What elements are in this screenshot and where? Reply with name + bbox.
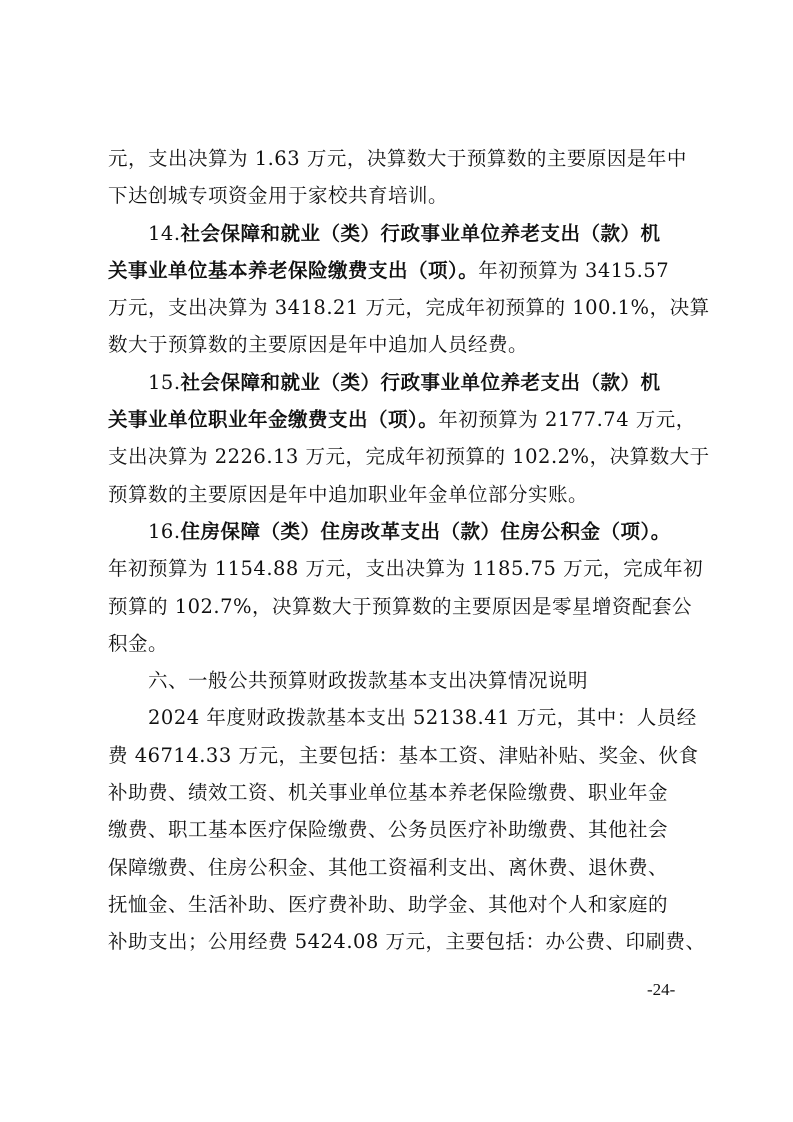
text-line: 预算的 102.7%，决算数大于预算数的主要原因是零星增资配套公	[108, 588, 688, 625]
item-title-cont: 关事业单位职业年金缴费支出（项）。	[108, 408, 438, 431]
text-line: 支出决算为 2226.13 万元，完成年初预算的 102.2%，决算数大于	[108, 438, 688, 475]
item-number: 15.	[148, 371, 181, 394]
text-line: 抚恤金、生活补助、医疗费补助、助学金、其他对个人和家庭的	[108, 886, 688, 923]
text-line: 补助支出；公用经费 5424.08 万元，主要包括：办公费、印刷费、	[108, 923, 688, 960]
text-line: 保障缴费、住房公积金、其他工资福利支出、离休费、退休费、	[108, 849, 688, 886]
item-title: 住房保障（类）住房改革支出（款）住房公积金（项）。	[181, 520, 671, 543]
document-page: 元，支出决算为 1.63 万元，决算数大于预算数的主要原因是年中 下达创城专项资…	[108, 140, 688, 961]
item-15-line-2: 关事业单位职业年金缴费支出（项）。年初预算为 2177.74 万元，	[108, 401, 688, 438]
item-14-title: 14.社会保障和就业（类）行政事业单位养老支出（款）机	[108, 215, 688, 252]
item-14-line-2: 关事业单位基本养老保险缴费支出（项）。年初预算为 3415.57	[108, 252, 688, 289]
item-number: 14.	[148, 222, 181, 245]
text-span: 年初预算为 2177.74 万元，	[438, 408, 696, 431]
text-line: 缴费、职工基本医疗保险缴费、公务员医疗补助缴费、其他社会	[108, 811, 688, 848]
section-heading: 六、一般公共预算财政拨款基本支出决算情况说明	[108, 662, 688, 699]
text-line: 费 46714.33 万元，主要包括：基本工资、津贴补贴、奖金、伙食	[108, 737, 688, 774]
text-line: 年初预算为 1154.88 万元，支出决算为 1185.75 万元，完成年初	[108, 550, 688, 587]
item-title: 社会保障和就业（类）行政事业单位养老支出（款）机	[181, 371, 661, 394]
item-number: 16.	[148, 520, 181, 543]
item-15-title: 15.社会保障和就业（类）行政事业单位养老支出（款）机	[108, 364, 688, 401]
text-line: 积金。	[108, 625, 688, 662]
text-line: 2024 年度财政拨款基本支出 52138.41 万元，其中：人员经	[108, 699, 688, 736]
item-16-title: 16.住房保障（类）住房改革支出（款）住房公积金（项）。	[108, 513, 688, 550]
text-line: 补助费、绩效工资、机关事业单位基本养老保险缴费、职业年金	[108, 774, 688, 811]
text-span: 年初预算为 3415.57	[478, 259, 669, 282]
text-line: 数大于预算数的主要原因是年中追加人员经费。	[108, 326, 688, 363]
text-line: 下达创城专项资金用于家校共育培训。	[108, 177, 688, 214]
text-line: 元，支出决算为 1.63 万元，决算数大于预算数的主要原因是年中	[108, 140, 688, 177]
item-title: 社会保障和就业（类）行政事业单位养老支出（款）机	[181, 222, 661, 245]
text-line: 万元，支出决算为 3418.21 万元，完成年初预算的 100.1%，决算	[108, 289, 688, 326]
item-title-cont: 关事业单位基本养老保险缴费支出（项）。	[108, 259, 478, 282]
page-number: -24-	[647, 980, 675, 1000]
text-line: 预算数的主要原因是年中追加职业年金单位部分实账。	[108, 476, 688, 513]
